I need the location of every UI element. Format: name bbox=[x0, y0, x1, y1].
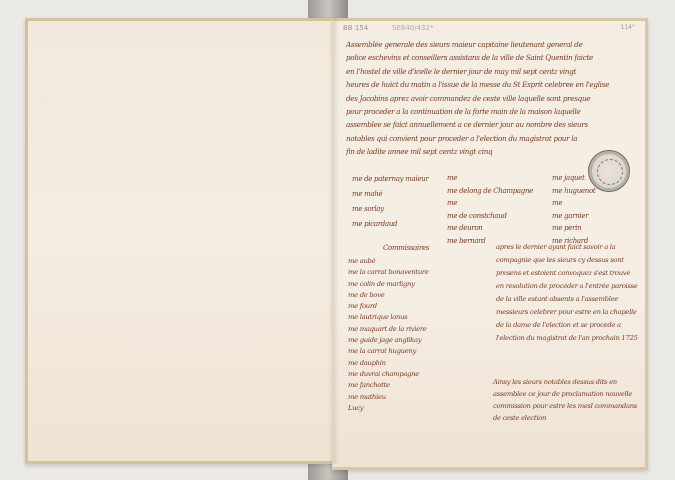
body-line: pour proceder a la continuation de la fo… bbox=[346, 105, 609, 118]
notable: me dauphin bbox=[348, 358, 429, 369]
paragraph-line: de la dame de l'election et se procede a bbox=[496, 319, 638, 332]
attendee: me sorlay bbox=[352, 202, 428, 217]
notable: Lucy bbox=[348, 403, 429, 414]
attendees-column-3: me jaquet me huguenot me me garnier me p… bbox=[552, 172, 595, 247]
body-line: heures de huict du matin a l'issue de la… bbox=[346, 78, 609, 91]
body-line: des Jacobins aprez avoir commandez de ce… bbox=[346, 92, 609, 105]
attendees-column-1: me de paternay maieur me mahé me sorlay … bbox=[352, 172, 428, 232]
notable: me guide jage anglikay bbox=[348, 335, 429, 346]
paragraph-line: apres le dernier ayant faict savoir a la bbox=[496, 241, 638, 254]
attendees-column-2: me me delong de Champagne me me de const… bbox=[447, 172, 533, 247]
closing-line: de ceste election bbox=[493, 412, 637, 424]
attendee: me huguenot bbox=[552, 185, 595, 198]
attendee: me delong de Champagne bbox=[447, 185, 533, 198]
closing-line: commission pour estre les mesl commandan… bbox=[493, 400, 637, 412]
body-line: fin de ladite annee mil sept centz vingt… bbox=[346, 145, 609, 158]
notables-list: me aubé me la carrat bonaventure me coli… bbox=[348, 256, 429, 414]
notable: me lautrique lanus bbox=[348, 312, 429, 323]
pencil-cote: SE640/432* bbox=[392, 24, 433, 32]
section-heading: Commissaires bbox=[383, 244, 429, 252]
stamp-seal-icon bbox=[588, 150, 630, 192]
page-gutter bbox=[333, 18, 339, 464]
left-page-stray-mark: . bbox=[42, 96, 44, 103]
notable: me colin de marligny bbox=[348, 279, 429, 290]
left-page bbox=[25, 18, 340, 464]
notable: me mathieu bbox=[348, 392, 429, 403]
election-paragraph: apres le dernier ayant faict savoir a la… bbox=[496, 241, 638, 345]
seal-inner-ring bbox=[597, 159, 623, 185]
attendee: me de constchaud bbox=[447, 210, 533, 223]
notable: me duvrai champagne bbox=[348, 369, 429, 380]
attendee: me bbox=[447, 197, 533, 210]
attendee: me garnier bbox=[552, 210, 595, 223]
attendee: me de paternay maieur bbox=[352, 172, 428, 187]
notable: me de bove bbox=[348, 290, 429, 301]
paragraph-line: messieurs celebrer pour estre en la chap… bbox=[496, 306, 638, 319]
body-line: en l'hostel de ville d'icelle le dernier… bbox=[346, 65, 609, 78]
closing-line: assemblee ce jour de proclamation nouvel… bbox=[493, 388, 637, 400]
attendee: me bbox=[447, 172, 533, 185]
notable: me fanchotte bbox=[348, 380, 429, 391]
body-line: assemblee se faict annuellement a ce der… bbox=[346, 118, 609, 131]
paragraph-line: de la ville estant absents a l'assemblee bbox=[496, 293, 638, 306]
paragraph-line: en resolution de procéder a l'entrée par… bbox=[496, 280, 638, 293]
notable: me fourd bbox=[348, 301, 429, 312]
closing-line: Ainsy les sieurs notables dessus dits en bbox=[493, 376, 637, 388]
archive-reference: BB 154 bbox=[343, 24, 368, 32]
attendee: me bbox=[552, 197, 595, 210]
notable: me la carrat bonaventure bbox=[348, 267, 429, 278]
attendee: me picardaud bbox=[352, 217, 428, 232]
notable: me maquart de la riviere bbox=[348, 324, 429, 335]
notable: me la carrat hugueny bbox=[348, 346, 429, 357]
body-line: police eschevins et conseillers assistan… bbox=[346, 51, 609, 64]
attendee: me deuron bbox=[447, 222, 533, 235]
body-line: Assemblée generale des sieurs maieur cap… bbox=[346, 38, 609, 51]
closing-paragraph: Ainsy les sieurs notables dessus dits en… bbox=[493, 376, 637, 424]
paragraph-line: presens et estoient convoquez s'est trou… bbox=[496, 267, 638, 280]
paragraph-line: compagnie que les sieurs cy dessus sont bbox=[496, 254, 638, 267]
notable: me aubé bbox=[348, 256, 429, 267]
body-line: notables qui convient pour proceder a l'… bbox=[346, 132, 609, 145]
folio-number: 114° bbox=[621, 24, 635, 31]
attendee: me perin bbox=[552, 222, 595, 235]
paragraph-line: l'election du magistrat de l'an prochain… bbox=[496, 332, 638, 345]
attendee: me mahé bbox=[352, 187, 428, 202]
assembly-heading-text: Assemblée generale des sieurs maieur cap… bbox=[346, 38, 609, 159]
